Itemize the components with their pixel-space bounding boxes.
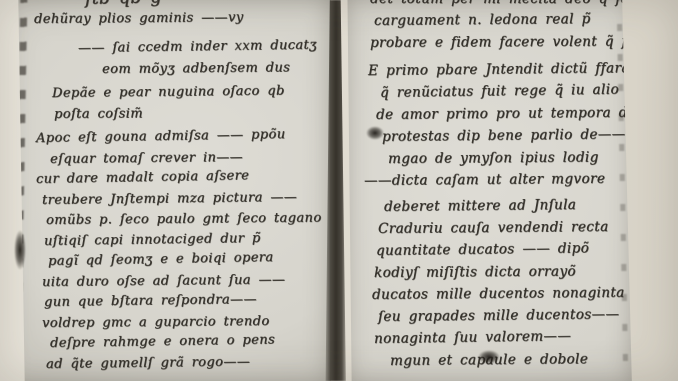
manuscript-line: kodiyſ miſiſtis dicta orrayõ	[374, 260, 632, 284]
manuscript-line: protestas dip bene parlio de——	[382, 123, 632, 148]
ink-smudge	[478, 350, 500, 364]
right-page-text: det totum per mi mecita deo q̃ famacargu…	[346, 0, 632, 381]
manuscript-line: cur dare madalt copia aſsere	[36, 165, 331, 191]
manuscript-line: —— ſai ccedm inder xxm ducatʒ	[78, 35, 331, 59]
left-page-text: ſtb qb g̃ ——dehũray plios gaminis ——vy——…	[0, 0, 331, 381]
manuscript-line: mgao de ymyſon ipius lodig	[388, 146, 632, 170]
manuscript-line: ad q̃te gumellſ grã rogo——	[46, 351, 331, 375]
right-page: det totum per mi mecita deo q̃ famacargu…	[346, 0, 632, 381]
manuscript-line: Apoc eſt gouna admiſsa —— ppõu	[36, 124, 331, 149]
ink-smudge	[366, 126, 384, 140]
manuscript-line: treubere Jnſtempi mza pictura ——	[42, 187, 331, 211]
ink-smudge	[14, 230, 26, 270]
manuscript-line: Depãe e pear nuguina oſaco qb	[52, 81, 331, 104]
manuscript-line: probare e fidem facere volent q̃ ſteſe	[370, 31, 632, 54]
manuscript-line: de amor primo pro ut tempora de	[376, 102, 632, 126]
manuscript-line: mgun et capaule e dobole	[390, 348, 632, 372]
manuscript-line: eom mõyʒ adbenſsem dus	[102, 58, 331, 80]
manuscript-line: deſpre rahmge e onera o pens	[50, 330, 331, 355]
manuscript-line: nonaginta ſuu valorem——	[374, 324, 632, 350]
manuscript-line: gun que bſtara reſpondra——	[44, 289, 331, 314]
left-page: ſtb qb g̃ ——dehũray plios gaminis ——vy——…	[0, 0, 331, 381]
manuscript-line: ——dicta caſam ut alter mgvore	[364, 168, 632, 192]
manuscript-line: poſta coſsim̃	[54, 103, 331, 125]
manuscript-line: carguament n. ledona real p̃	[374, 8, 632, 32]
manuscript-line: q̃ renũciatus fuit rege q̃ iu alio	[380, 78, 632, 104]
manuscript-photo: ſtb qb g̃ ——dehũray plios gaminis ——vy——…	[0, 0, 678, 381]
manuscript-line: deberet mittere ad Jnſula	[384, 193, 632, 218]
manuscript-line: ducatos mille ducentos nonaginta	[372, 282, 632, 306]
manuscript-line: dehũray plios gaminis ——vy	[34, 7, 331, 30]
manuscript-line: quantitate ducatos —— dipõ	[376, 237, 632, 262]
manuscript-line: pagĩ qd ſeomʒ e e boiqi opera	[48, 247, 331, 272]
